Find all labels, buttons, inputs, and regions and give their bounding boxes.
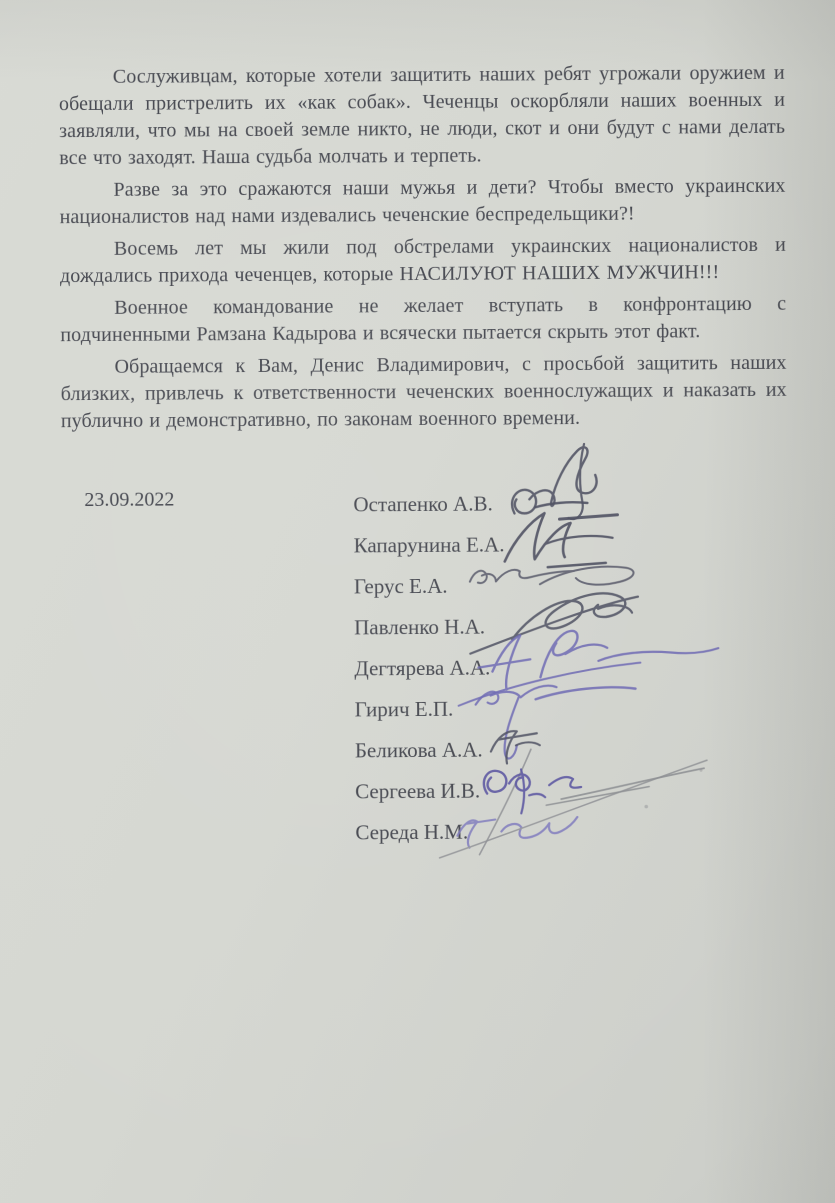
ink-speck	[700, 769, 703, 772]
signature-girich-ink	[476, 685, 636, 759]
signature-ostapenko-ink	[512, 444, 597, 520]
handwritten-signatures	[0, 0, 835, 1203]
letter-sheet: Сослуживцам, которые хотели защитить наш…	[0, 0, 835, 1203]
signature-sereda-ink	[439, 760, 708, 858]
signature-sergeeva-ink	[484, 768, 704, 813]
signature-gerus-ink	[470, 566, 634, 585]
ink-speck	[644, 805, 648, 809]
document-photo: { "colors": { "paper": "#d4d6d0", "text"…	[0, 0, 835, 1203]
